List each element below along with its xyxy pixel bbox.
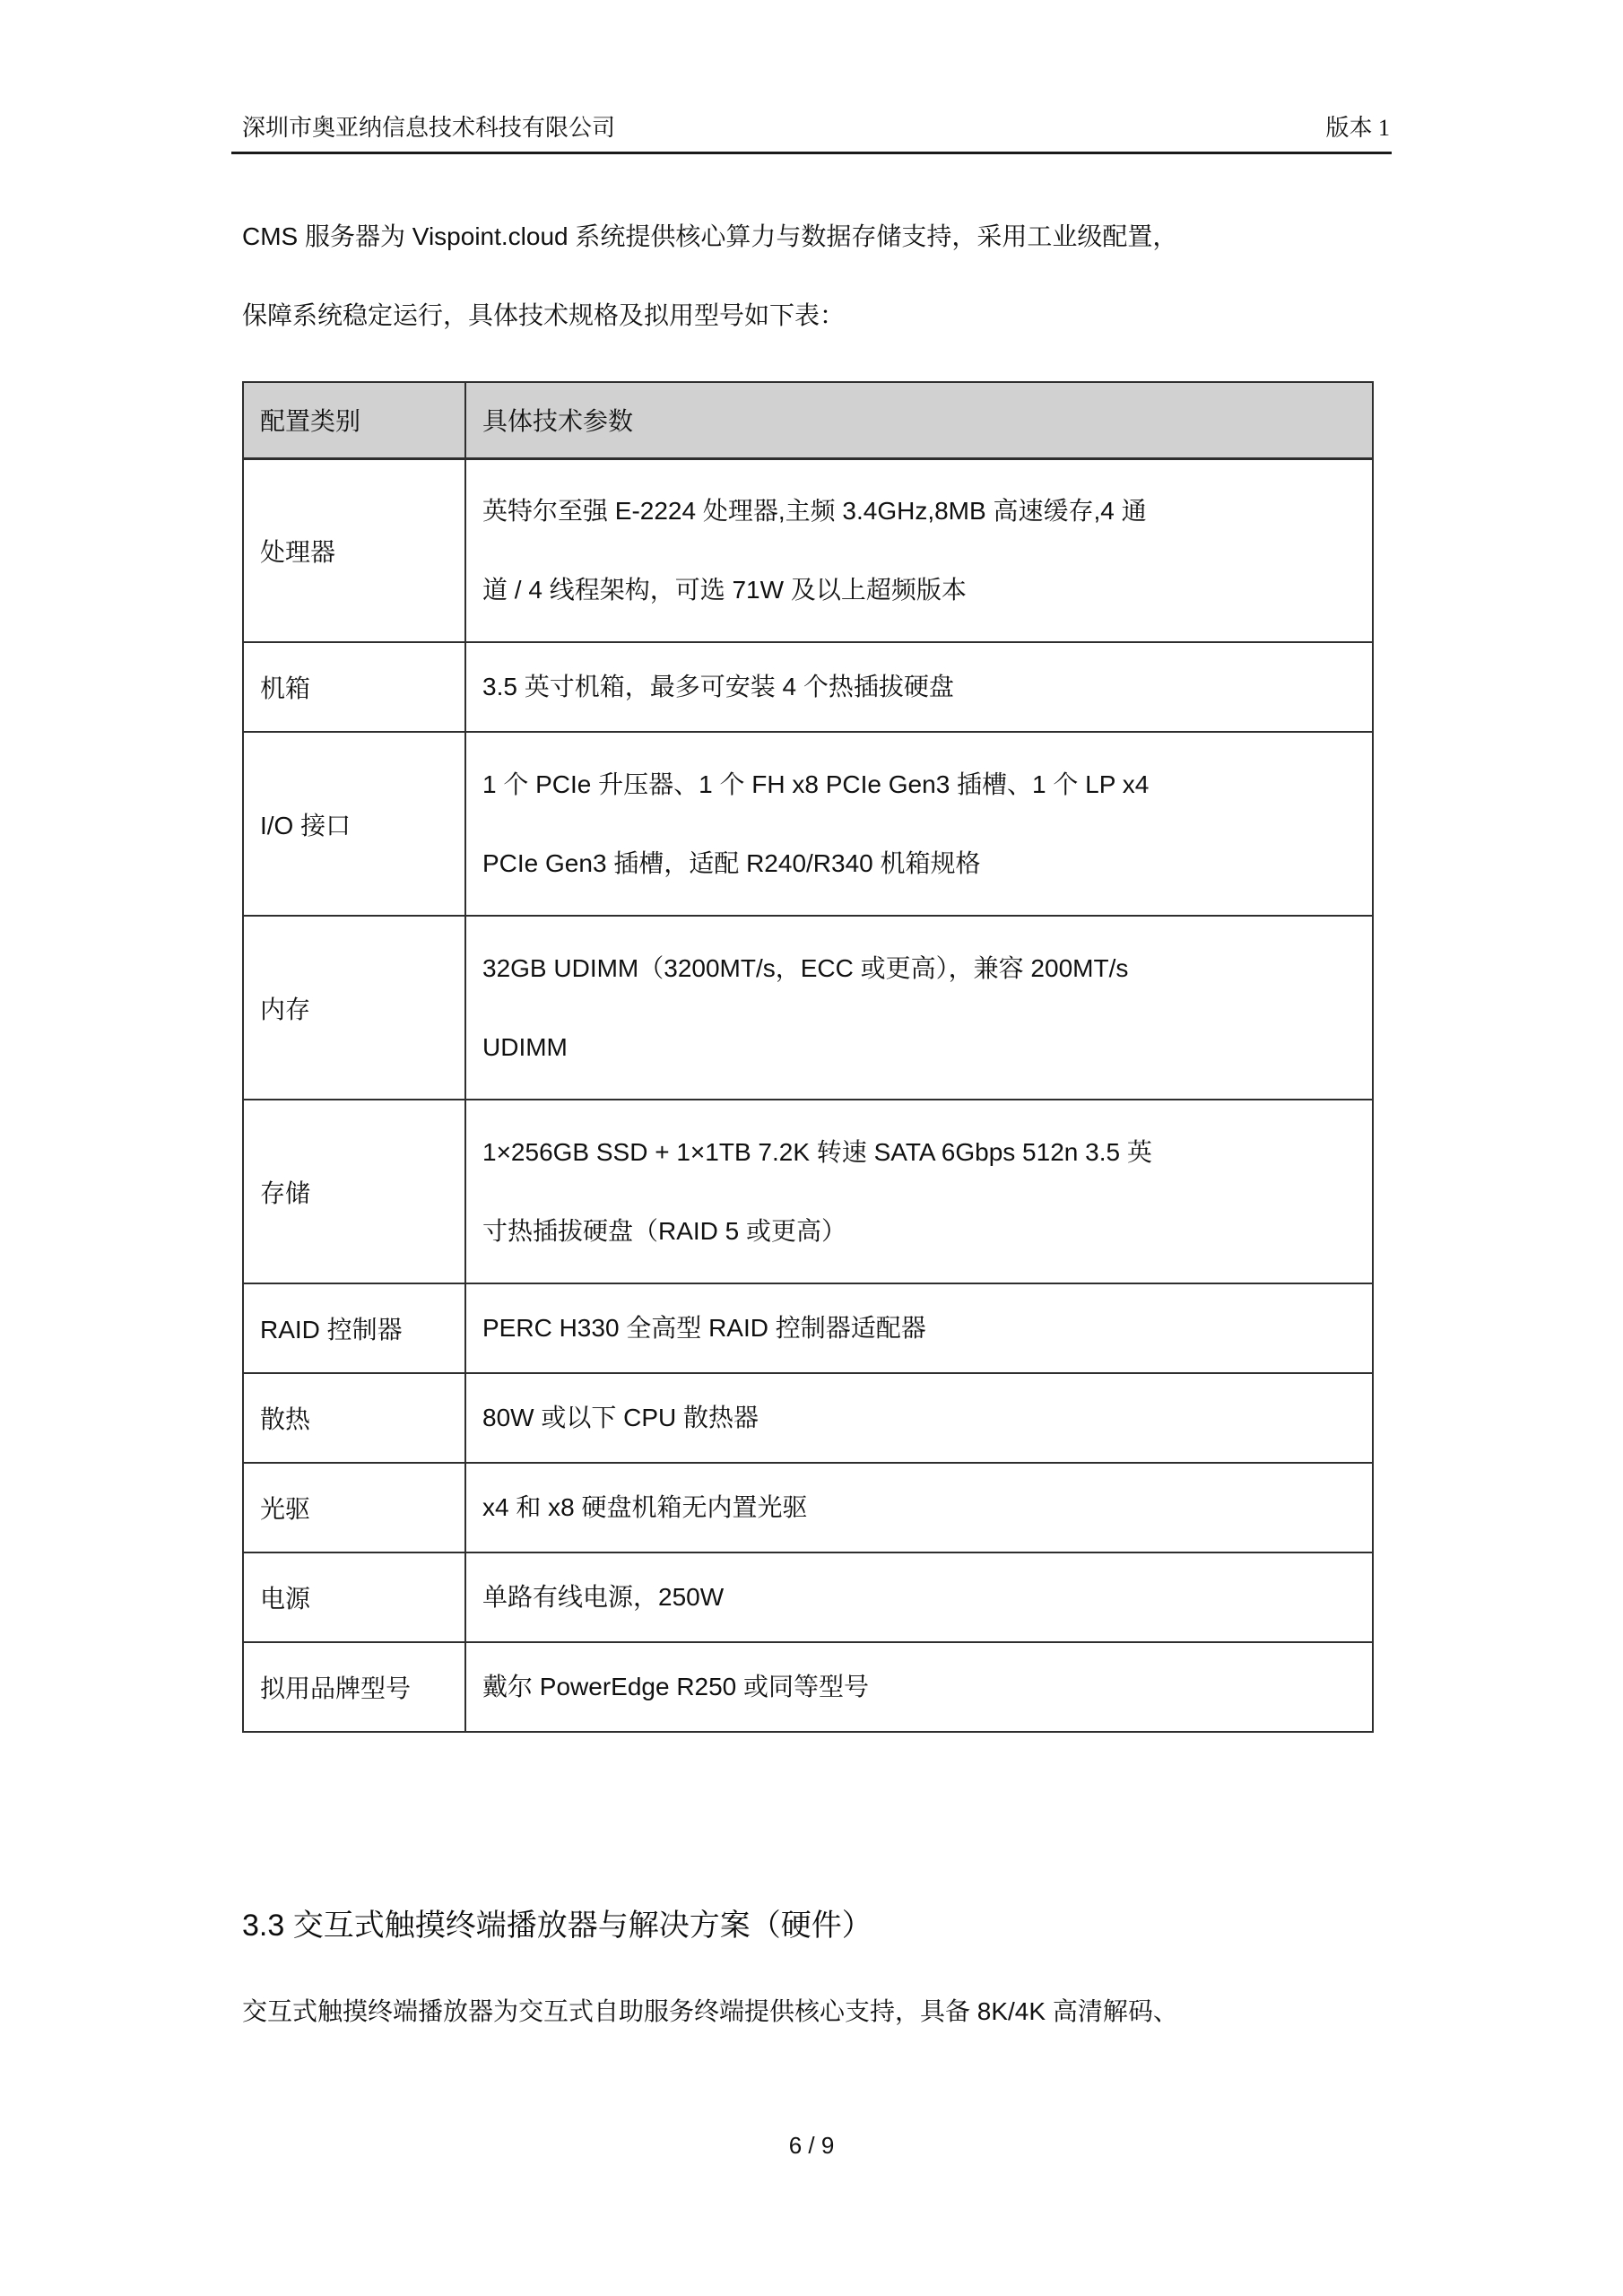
parameter-line: 32GB UDIMM（3200MT/s，ECC 或更高），兼容 200MT/s	[482, 929, 1358, 1008]
parameter-line: 单路有线电源，250W	[482, 1558, 1358, 1637]
parameter-line: 1×256GB SSD + 1×1TB 7.2K 转速 SATA 6Gbps 5…	[482, 1113, 1358, 1192]
header-company-name: 深圳市奥亚纳信息技术科技有限公司	[242, 113, 615, 143]
row-parameters: 单路有线电源，250W	[465, 1552, 1373, 1642]
section-paragraph-line: 交互式触摸终端播放器为交互式自助服务终端提供核心支持，具备 8K/4K 高清解码…	[242, 1989, 1392, 2034]
table-row: 光驱x4 和 x8 硬盘机箱无内置光驱	[243, 1463, 1373, 1552]
header-cell-parameters: 具体技术参数	[465, 382, 1373, 458]
spec-table: 配置类别 具体技术参数 处理器英特尔至强 E-2224 处理器,主频 3.4GH…	[242, 381, 1374, 1733]
intro-line: 保障系统稳定运行，具体技术规格及拟用型号如下表：	[242, 276, 1392, 355]
parameter-line: UDIMM	[482, 1008, 1358, 1087]
header-version-label: 版本 1	[1325, 113, 1390, 143]
parameter-line: PERC H330 全高型 RAID 控制器适配器	[482, 1289, 1358, 1368]
row-parameters: 3.5 英寸机箱，最多可安装 4 个热插拔硬盘	[465, 642, 1373, 732]
table-row: RAID 控制器PERC H330 全高型 RAID 控制器适配器	[243, 1283, 1373, 1373]
section-heading: 3.3 交互式触摸终端播放器与解决方案（硬件）	[242, 1906, 1392, 1945]
parameter-line: PCIe Gen3 插槽，适配 R240/R340 机箱规格	[482, 824, 1358, 903]
row-category: RAID 控制器	[243, 1283, 465, 1373]
row-category: 电源	[243, 1552, 465, 1642]
header-cell-category: 配置类别	[243, 382, 465, 458]
parameter-line: 80W 或以下 CPU 散热器	[482, 1378, 1358, 1457]
document-page: 深圳市奥亚纳信息技术科技有限公司 版本 1 CMS 服务器为 Vispoint.…	[0, 0, 1623, 2296]
table-row: 拟用品牌型号戴尔 PowerEdge R250 或同等型号	[243, 1642, 1373, 1732]
table-row: 电源单路有线电源，250W	[243, 1552, 1373, 1642]
spec-table-body: 处理器英特尔至强 E-2224 处理器,主频 3.4GHz,8MB 高速缓存,4…	[243, 458, 1373, 1732]
table-header-row: 配置类别 具体技术参数	[243, 382, 1373, 458]
row-parameters: 32GB UDIMM（3200MT/s，ECC 或更高），兼容 200MT/sU…	[465, 916, 1373, 1100]
intro-line: CMS 服务器为 Vispoint.cloud 系统提供核心算力与数据存储支持，…	[242, 197, 1392, 276]
table-row: 内存32GB UDIMM（3200MT/s，ECC 或更高），兼容 200MT/…	[243, 916, 1373, 1100]
parameter-line: 3.5 英寸机箱，最多可安装 4 个热插拔硬盘	[482, 648, 1358, 726]
row-parameters: PERC H330 全高型 RAID 控制器适配器	[465, 1283, 1373, 1373]
row-category: I/O 接口	[243, 732, 465, 916]
page-header: 深圳市奥亚纳信息技术科技有限公司 版本 1	[231, 113, 1392, 154]
table-row: I/O 接口1 个 PCIe 升压器、1 个 FH x8 PCIe Gen3 插…	[243, 732, 1373, 916]
page-footer: 6 / 9	[0, 2127, 1623, 2163]
row-category: 处理器	[243, 458, 465, 642]
row-parameters: 1 个 PCIe 升压器、1 个 FH x8 PCIe Gen3 插槽、1 个 …	[465, 732, 1373, 916]
table-row: 处理器英特尔至强 E-2224 处理器,主频 3.4GHz,8MB 高速缓存,4…	[243, 458, 1373, 642]
row-category: 内存	[243, 916, 465, 1100]
row-category: 光驱	[243, 1463, 465, 1552]
row-parameters: 80W 或以下 CPU 散热器	[465, 1373, 1373, 1463]
row-parameters: 英特尔至强 E-2224 处理器,主频 3.4GHz,8MB 高速缓存,4 通道…	[465, 458, 1373, 642]
row-parameters: 1×256GB SSD + 1×1TB 7.2K 转速 SATA 6Gbps 5…	[465, 1100, 1373, 1283]
table-row: 散热80W 或以下 CPU 散热器	[243, 1373, 1373, 1463]
parameter-line: 英特尔至强 E-2224 处理器,主频 3.4GHz,8MB 高速缓存,4 通	[482, 472, 1358, 551]
parameter-line: 戴尔 PowerEdge R250 或同等型号	[482, 1648, 1358, 1726]
row-category: 机箱	[243, 642, 465, 732]
section-paragraph: 交互式触摸终端播放器为交互式自助服务终端提供核心支持，具备 8K/4K 高清解码…	[242, 1989, 1392, 2034]
spec-table-header: 配置类别 具体技术参数	[243, 382, 1373, 458]
page-number: 6 / 9	[789, 2132, 835, 2159]
parameter-line: 寸热插拔硬盘（RAID 5 或更高）	[482, 1192, 1358, 1271]
row-parameters: 戴尔 PowerEdge R250 或同等型号	[465, 1642, 1373, 1732]
intro-paragraph: CMS 服务器为 Vispoint.cloud 系统提供核心算力与数据存储支持，…	[242, 197, 1392, 355]
parameter-line: 道 / 4 线程架构，可选 71W 及以上超频版本	[482, 551, 1358, 630]
table-row: 存储1×256GB SSD + 1×1TB 7.2K 转速 SATA 6Gbps…	[243, 1100, 1373, 1283]
parameter-line: x4 和 x8 硬盘机箱无内置光驱	[482, 1468, 1358, 1547]
row-category: 存储	[243, 1100, 465, 1283]
parameter-line: 1 个 PCIe 升压器、1 个 FH x8 PCIe Gen3 插槽、1 个 …	[482, 745, 1358, 824]
row-category: 拟用品牌型号	[243, 1642, 465, 1732]
table-row: 机箱3.5 英寸机箱，最多可安装 4 个热插拔硬盘	[243, 642, 1373, 732]
row-parameters: x4 和 x8 硬盘机箱无内置光驱	[465, 1463, 1373, 1552]
row-category: 散热	[243, 1373, 465, 1463]
